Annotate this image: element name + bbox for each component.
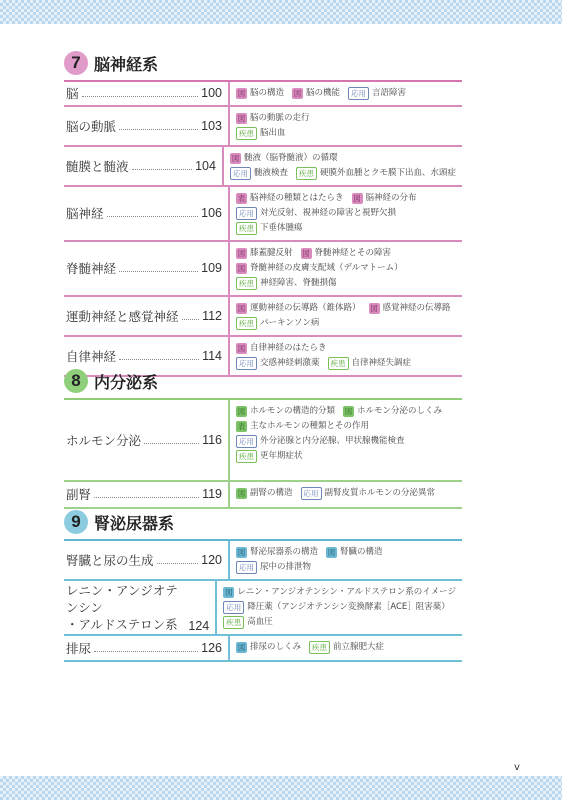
leader-dots [119,271,198,272]
leader-dots [182,319,200,320]
subtopic-text: 下垂体腫瘍 [260,221,303,236]
subtopic-line: 図排尿のしくみ疾患前立腺肥大症 [236,640,456,655]
toc-row[interactable]: 腎臓と尿の生成120図腎泌尿器系の構造図腎臓の構造応用尿中の排泄物 [64,541,462,581]
subtopic-text: 感覚神経の伝導路 [383,301,451,316]
application-tag-icon: 応用 [223,601,244,614]
toc-entry-title: ホルモン分泌 [66,432,141,449]
toc-row[interactable]: 運動神経と感覚神経112図運動神経の伝導路（錐体路）図感覚神経の伝導路疾患パーキ… [64,297,462,337]
application-tag-icon: 応用 [348,87,369,100]
subtopic-text: 神経障害、脊髄損傷 [260,276,337,291]
toc-entry-title: レニン・アンジオテンシン ・アルドステロン系 [66,582,182,633]
leader-dots [119,129,198,130]
disease-tag-icon: 疾患 [223,616,244,629]
figure-tag-icon: 図 [236,263,247,274]
toc-entry-title: 排尿 [66,640,91,657]
section-number-badge: 8 [64,369,88,393]
subtopic-line: 応用外分泌腺と内分泌腺、甲状腺機能検査 [236,434,456,449]
subtopic-text: 脳出血 [260,126,286,141]
leader-dots [107,216,199,217]
subtopic-text: 脳の構造 [250,86,284,101]
toc-subtopics: 図排尿のしくみ疾患前立腺肥大症 [230,636,462,660]
toc-subtopics: 図脳の動脈の走行疾患脳出血 [230,107,462,145]
subtopic-text: 膝蓋腱反射 [250,246,293,261]
toc-entry-page: 104 [195,159,216,173]
subtopic-line: 疾患神経障害、脊髄損傷 [236,276,456,291]
toc-entry[interactable]: レニン・アンジオテンシン ・アルドステロン系124 [64,581,217,634]
subtopic-line: 応用尿中の排泄物 [236,560,456,575]
subtopic-text: 脳神経の分布 [366,191,417,206]
toc-entry[interactable]: 脳の動脈103 [64,107,230,145]
toc-entry-page: 109 [201,261,222,275]
toc-row[interactable]: レニン・アンジオテンシン ・アルドステロン系124図レニン・アンジオテンシン・ア… [64,581,462,636]
subtopic-line: 疾患更年期症状 [236,449,456,464]
figure-tag-icon: 図 [236,343,247,354]
subtopic-text: 脳の動脈の走行 [250,111,310,126]
figure-tag-icon: 図 [292,88,303,99]
toc-entry-title: 腎臓と尿の生成 [66,552,154,569]
subtopic-text: 脳神経の種類とはたらき [250,191,344,206]
toc-entry-page: 100 [201,86,222,100]
disease-tag-icon: 疾患 [309,641,330,654]
toc-row[interactable]: ホルモン分泌116図ホルモンの構造的分類図ホルモン分泌のしくみ表主なホルモンの種… [64,400,462,482]
subtopic-line: 図副腎の構造応用副腎皮質ホルモンの分泌異常 [236,486,456,501]
figure-tag-icon: 図 [230,153,241,164]
subtopic-line: 応用対光反射、視神経の障害と視野欠損 [236,206,456,221]
subtopic-text: 髄液（脳脊髄液）の循環 [244,151,338,166]
toc-entry-page: 120 [201,553,222,567]
toc-row[interactable]: 脊髄神経109図膝蓋腱反射図脊髄神経とその障害図脊髄神経の皮膚支配域（デルマトー… [64,242,462,297]
subtopic-text: 髄液検査 [254,166,288,181]
disease-tag-icon: 疾患 [236,127,257,140]
toc-entry[interactable]: ホルモン分泌116 [64,400,230,480]
table-tag-icon: 表 [236,193,247,204]
toc-row[interactable]: 脳の動脈103図脳の動脈の走行疾患脳出血 [64,107,462,147]
figure-tag-icon: 図 [236,488,247,499]
subtopic-text: 降圧薬（アンジオテンシン変換酵素［ACE］阻害薬） [247,600,450,615]
figure-tag-icon: 図 [236,88,247,99]
figure-tag-icon: 図 [352,193,363,204]
subtopic-line: 疾患下垂体腫瘍 [236,221,456,236]
figure-tag-icon: 図 [326,547,337,558]
toc-row[interactable]: 脳神経106表脳神経の種類とはたらき図脳神経の分布応用対光反射、視神経の障害と視… [64,187,462,242]
toc-row[interactable]: 副腎119図副腎の構造応用副腎皮質ホルモンの分泌異常 [64,482,462,509]
leader-dots [82,96,199,97]
toc-row[interactable]: 排尿126図排尿のしくみ疾患前立腺肥大症 [64,636,462,662]
disease-tag-icon: 疾患 [296,167,317,180]
leader-dots [157,563,199,564]
subtopic-text: 腎泌尿器系の構造 [250,545,318,560]
subtopic-line: 疾患パーキンソン病 [236,316,456,331]
subtopic-text: 高血圧 [247,615,273,630]
top-checker-band [0,0,562,24]
subtopic-line: 図脳の動脈の走行 [236,111,456,126]
subtopic-text: ホルモンの構造的分類 [250,404,335,419]
toc-entry-page: 103 [201,119,222,133]
application-tag-icon: 応用 [230,167,251,180]
table-tag-icon: 表 [236,421,247,432]
figure-tag-icon: 図 [236,113,247,124]
figure-tag-icon: 図 [236,248,247,259]
toc-subtopics: 表脳神経の種類とはたらき図脳神経の分布応用対光反射、視神経の障害と視野欠損疾患下… [230,187,462,240]
subtopic-line: 図運動神経の伝導路（錐体路）図感覚神経の伝導路 [236,301,456,316]
subtopic-text: ホルモン分泌のしくみ [357,404,442,419]
toc-entry-page: 112 [202,309,222,323]
subtopic-line: 図腎泌尿器系の構造図腎臓の構造 [236,545,456,560]
toc-subtopics: 図髄液（脳脊髄液）の循環応用髄液検査疾患硬膜外血腫とクモ膜下出血、水頭症 [224,147,462,185]
subtopic-text: 自律神経のはたらき [250,341,327,356]
toc-entry-page: 119 [202,487,222,501]
toc-entry-page: 126 [201,641,222,655]
toc-row[interactable]: 髄膜と髄液104図髄液（脳脊髄液）の循環応用髄液検査疾患硬膜外血腫とクモ膜下出血… [64,147,462,187]
leader-dots [144,443,199,444]
application-tag-icon: 応用 [236,561,257,574]
subtopic-line: 図レニン・アンジオテンシン・アルドステロン系のイメージ [223,585,456,600]
subtopic-line: 表主なホルモンの種類とその作用 [236,419,456,434]
subtopic-text: 副腎皮質ホルモンの分泌異常 [325,486,436,501]
subtopic-text: 脊髄神経とその障害 [315,246,392,261]
application-tag-icon: 応用 [301,487,322,500]
toc-subtopics: 図ホルモンの構造的分類図ホルモン分泌のしくみ表主なホルモンの種類とその作用応用外… [230,400,462,480]
subtopic-text: 前立腺肥大症 [333,640,384,655]
toc-entry-page: 116 [202,433,222,447]
toc-entry-title: 自律神経 [66,348,116,365]
subtopic-line: 疾患高血圧 [223,615,456,630]
subtopic-line: 図ホルモンの構造的分類図ホルモン分泌のしくみ [236,404,456,419]
subtopic-line: 表脳神経の種類とはたらき図脳神経の分布 [236,191,456,206]
toc-subtopics: 図運動神経の伝導路（錐体路）図感覚神経の伝導路疾患パーキンソン病 [230,297,462,335]
toc-subtopics: 図レニン・アンジオテンシン・アルドステロン系のイメージ応用降圧薬（アンジオテンシ… [217,581,462,634]
subtopic-text: 硬膜外血腫とクモ膜下出血、水頭症 [320,166,456,181]
figure-tag-icon: 図 [236,303,247,314]
subtopic-text: 言語障害 [372,86,406,101]
figure-tag-icon: 図 [236,406,247,417]
subtopic-text: パーキンソン病 [260,316,319,331]
subtopic-text: 主なホルモンの種類とその作用 [250,419,369,434]
subtopic-text: 脊髄神経の皮膚支配域（デルマトーム） [250,261,403,276]
leader-dots [94,651,198,652]
section-title: 腎泌尿器系 [94,511,174,534]
subtopic-line: 図脳の構造図脳の機能応用言語障害 [236,86,456,101]
subtopic-text: 副腎の構造 [250,486,293,501]
figure-tag-icon: 図 [236,642,247,653]
section-9: 9腎泌尿器系腎臓と尿の生成120図腎泌尿器系の構造図腎臓の構造応用尿中の排泄物レ… [64,509,462,662]
section-title: 内分泌系 [94,370,158,393]
toc-entry-title: 脳神経 [66,205,104,222]
application-tag-icon: 応用 [236,435,257,448]
toc-entry-page: 106 [201,206,222,220]
section-7: 7脳神経系脳100図脳の構造図脳の機能応用言語障害脳の動脈103図脳の動脈の走行… [64,50,462,377]
section-number-badge: 7 [64,51,88,75]
subtopic-line: 図膝蓋腱反射図脊髄神経とその障害 [236,246,456,261]
leader-dots [119,359,199,360]
toc-entry-title: 運動神経と感覚神経 [66,308,179,325]
disease-tag-icon: 疾患 [236,277,257,290]
subtopic-line: 図脊髄神経の皮膚支配域（デルマトーム） [236,261,456,276]
toc-entry-title: 脳の動脈 [66,118,116,135]
subtopic-text: 腎臓の構造 [340,545,383,560]
subtopic-line: 図自律神経のはたらき [236,341,456,356]
subtopic-text: 対光反射、視神経の障害と視野欠損 [260,206,396,221]
application-tag-icon: 応用 [236,207,257,220]
section-header: 9腎泌尿器系 [64,509,462,535]
leader-dots [94,497,199,498]
subtopic-text: 運動神経の伝導路（錐体路） [250,301,361,316]
subtopic-text: 外分泌腺と内分泌腺、甲状腺機能検査 [260,434,405,449]
toc-entry[interactable]: 脳神経106 [64,187,230,240]
figure-tag-icon: 図 [369,303,380,314]
toc-entry[interactable]: 運動神経と感覚神経112 [64,297,230,335]
toc-entry-title: 脳 [66,85,79,102]
figure-tag-icon: 図 [343,406,354,417]
figure-tag-icon: 図 [223,587,234,598]
toc-entry[interactable]: 副腎119 [64,482,230,507]
section-8: 8内分泌系ホルモン分泌116図ホルモンの構造的分類図ホルモン分泌のしくみ表主なホ… [64,368,462,509]
toc-subtopics: 図脳の構造図脳の機能応用言語障害 [230,82,462,105]
disease-tag-icon: 疾患 [236,317,257,330]
section-header: 8内分泌系 [64,368,462,394]
toc-subtopics: 図膝蓋腱反射図脊髄神経とその障害図脊髄神経の皮膚支配域（デルマトーム）疾患神経障… [230,242,462,295]
section-number-badge: 9 [64,510,88,534]
toc-entry-page: 114 [202,349,222,363]
toc-subtopics: 図副腎の構造応用副腎皮質ホルモンの分泌異常 [230,482,462,507]
subtopic-line: 図髄液（脳脊髄液）の循環 [230,151,456,166]
subtopic-line: 疾患脳出血 [236,126,456,141]
page-number: v [514,762,520,773]
leader-dots [132,169,193,170]
section-title: 脳神経系 [94,52,158,75]
toc-entry-title: 副腎 [66,486,91,503]
toc-entry-title: 髄膜と髄液 [66,158,129,175]
toc-entry[interactable]: 脊髄神経109 [64,242,230,295]
subtopic-line: 応用髄液検査疾患硬膜外血腫とクモ膜下出血、水頭症 [230,166,456,181]
bottom-checker-band [0,776,562,800]
disease-tag-icon: 疾患 [236,450,257,463]
subtopic-text: 尿中の排泄物 [260,560,311,575]
toc-entry-page: 124 [188,619,209,633]
subtopic-text: 更年期症状 [260,449,303,464]
disease-tag-icon: 疾患 [236,222,257,235]
figure-tag-icon: 図 [236,547,247,558]
toc-row[interactable]: 脳100図脳の構造図脳の機能応用言語障害 [64,82,462,107]
figure-tag-icon: 図 [301,248,312,259]
toc-entry[interactable]: 髄膜と髄液104 [64,147,224,185]
toc-entry[interactable]: 脳100 [64,82,230,105]
subtopic-text: 排尿のしくみ [250,640,301,655]
toc-entry[interactable]: 腎臓と尿の生成120 [64,541,230,579]
toc-entry-title: 脊髄神経 [66,260,116,277]
toc-subtopics: 図腎泌尿器系の構造図腎臓の構造応用尿中の排泄物 [230,541,462,579]
subtopic-text: 脳の機能 [306,86,340,101]
subtopic-text: レニン・アンジオテンシン・アルドステロン系のイメージ [237,585,456,600]
section-header: 7脳神経系 [64,50,462,76]
toc-entry[interactable]: 排尿126 [64,636,230,660]
subtopic-line: 応用降圧薬（アンジオテンシン変換酵素［ACE］阻害薬） [223,600,456,615]
